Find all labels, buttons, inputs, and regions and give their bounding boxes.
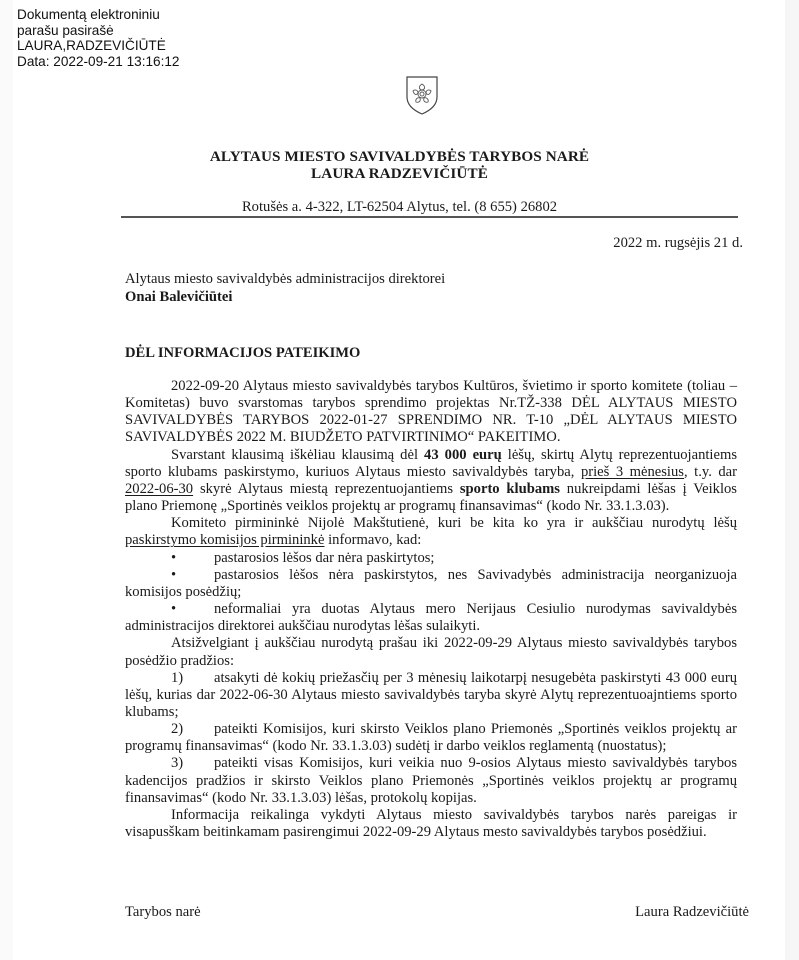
item-text: atsakyti dė kokių priežasčių per 3 mėnes… [125, 670, 737, 720]
page-edge-right [785, 0, 799, 960]
coat-of-arms-icon [405, 75, 439, 115]
signature-role: Tarybos narė [125, 904, 201, 921]
paragraph-5: Informacija reikalinga vykdyti Alytaus m… [125, 807, 737, 841]
underlined-date: 2022-06-30 [125, 481, 193, 497]
letter-date: 2022 m. rugsėjis 21 d. [613, 235, 743, 252]
letter-subject: DĖL INFORMACIJOS PATEIKIMO [125, 345, 360, 362]
esignature-date: Data: 2022-09-21 13:16:12 [17, 54, 180, 70]
text: skyrė Alytaus miestą reprezentuojantiems [193, 481, 460, 497]
bullet-icon: • [171, 567, 214, 584]
text: , t.y. dar [684, 464, 737, 480]
bullet-item: •neformaliai yra duotas Alytaus mero Ner… [125, 601, 737, 635]
esignature-line: parašu pasirašė [17, 23, 180, 39]
item-text: pateikti Komisijos, kuri skirsto Veiklos… [125, 721, 737, 754]
page-edge-left [0, 0, 13, 960]
item-number: 2) [171, 721, 214, 738]
paragraph-4: Atsižvelgiant į aukščiau nurodytą prašau… [125, 635, 737, 669]
esignature-signer: LAURA,RADZEVIČIŪTĖ [17, 38, 180, 54]
text: informavo, kad: [324, 532, 421, 548]
bullet-item: •pastarosios lėšos dar nėra paskirtytos; [125, 550, 737, 567]
bullet-item: •pastarosios lėšos nėra paskirstytos, ne… [125, 567, 737, 601]
bullet-icon: • [171, 550, 214, 567]
bold-text: sporto klubams [460, 481, 560, 497]
letterhead-name: LAURA RADZEVIČIŪTĖ [0, 165, 799, 182]
letterhead-divider [121, 216, 738, 218]
item-number: 3) [171, 755, 214, 772]
letterhead-title: ALYTAUS MIESTO SAVIVALDYBĖS TARYBOS NARĖ [0, 148, 799, 165]
paragraph-1: 2022-09-20 Alytaus miesto savivaldybės t… [125, 378, 737, 447]
paragraph-3: Komiteto pirmininkė Nijolė Makštutienė, … [125, 515, 737, 549]
underlined-text: paskirstymo komisijos pirmininkė [125, 532, 324, 548]
item-text: pateikti visas Komisijos, kuri veikia nu… [125, 755, 737, 805]
letter-body: 2022-09-20 Alytaus miesto savivaldybės t… [125, 378, 737, 841]
numbered-item: 3)pateikti visas Komisijos, kuri veikia … [125, 755, 737, 806]
item-number: 1) [171, 670, 214, 687]
text: Komiteto pirmininkė Nijolė Makštutienė, … [171, 515, 737, 531]
signature-name: Laura Radzevičiūtė [635, 904, 749, 921]
text: Svarstant klausimą iškėliau klausimą dėl [171, 447, 424, 463]
paragraph-2: Svarstant klausimą iškėliau klausimą dėl… [125, 447, 737, 516]
amount-bold: 43 000 eurų [424, 447, 502, 463]
bullet-text: neformaliai yra duotas Alytaus mero Neri… [125, 601, 737, 634]
esignature-line: Dokumentą elektroniniu [17, 7, 180, 23]
bullet-icon: • [171, 601, 214, 618]
esignature-stamp: Dokumentą elektroniniu parašu pasirašė L… [17, 7, 180, 69]
numbered-item: 1)atsakyti dė kokių priežasčių per 3 mėn… [125, 670, 737, 721]
bullet-text: pastarosios lėšos nėra paskirstytos, nes… [125, 567, 737, 600]
recipient-block: Alytaus miesto savivaldybės administraci… [125, 270, 445, 306]
bullet-text: pastarosios lėšos dar nėra paskirtytos; [214, 550, 434, 566]
underlined-text: prieš 3 mėnesius [581, 464, 684, 480]
recipient-name: Onai Balevičiūtei [125, 288, 445, 306]
letterhead-address: Rotušės a. 4-322, LT-62504 Alytus, tel. … [0, 199, 799, 216]
numbered-item: 2)pateikti Komisijos, kuri skirsto Veikl… [125, 721, 737, 755]
recipient-position: Alytaus miesto savivaldybės administraci… [125, 270, 445, 288]
